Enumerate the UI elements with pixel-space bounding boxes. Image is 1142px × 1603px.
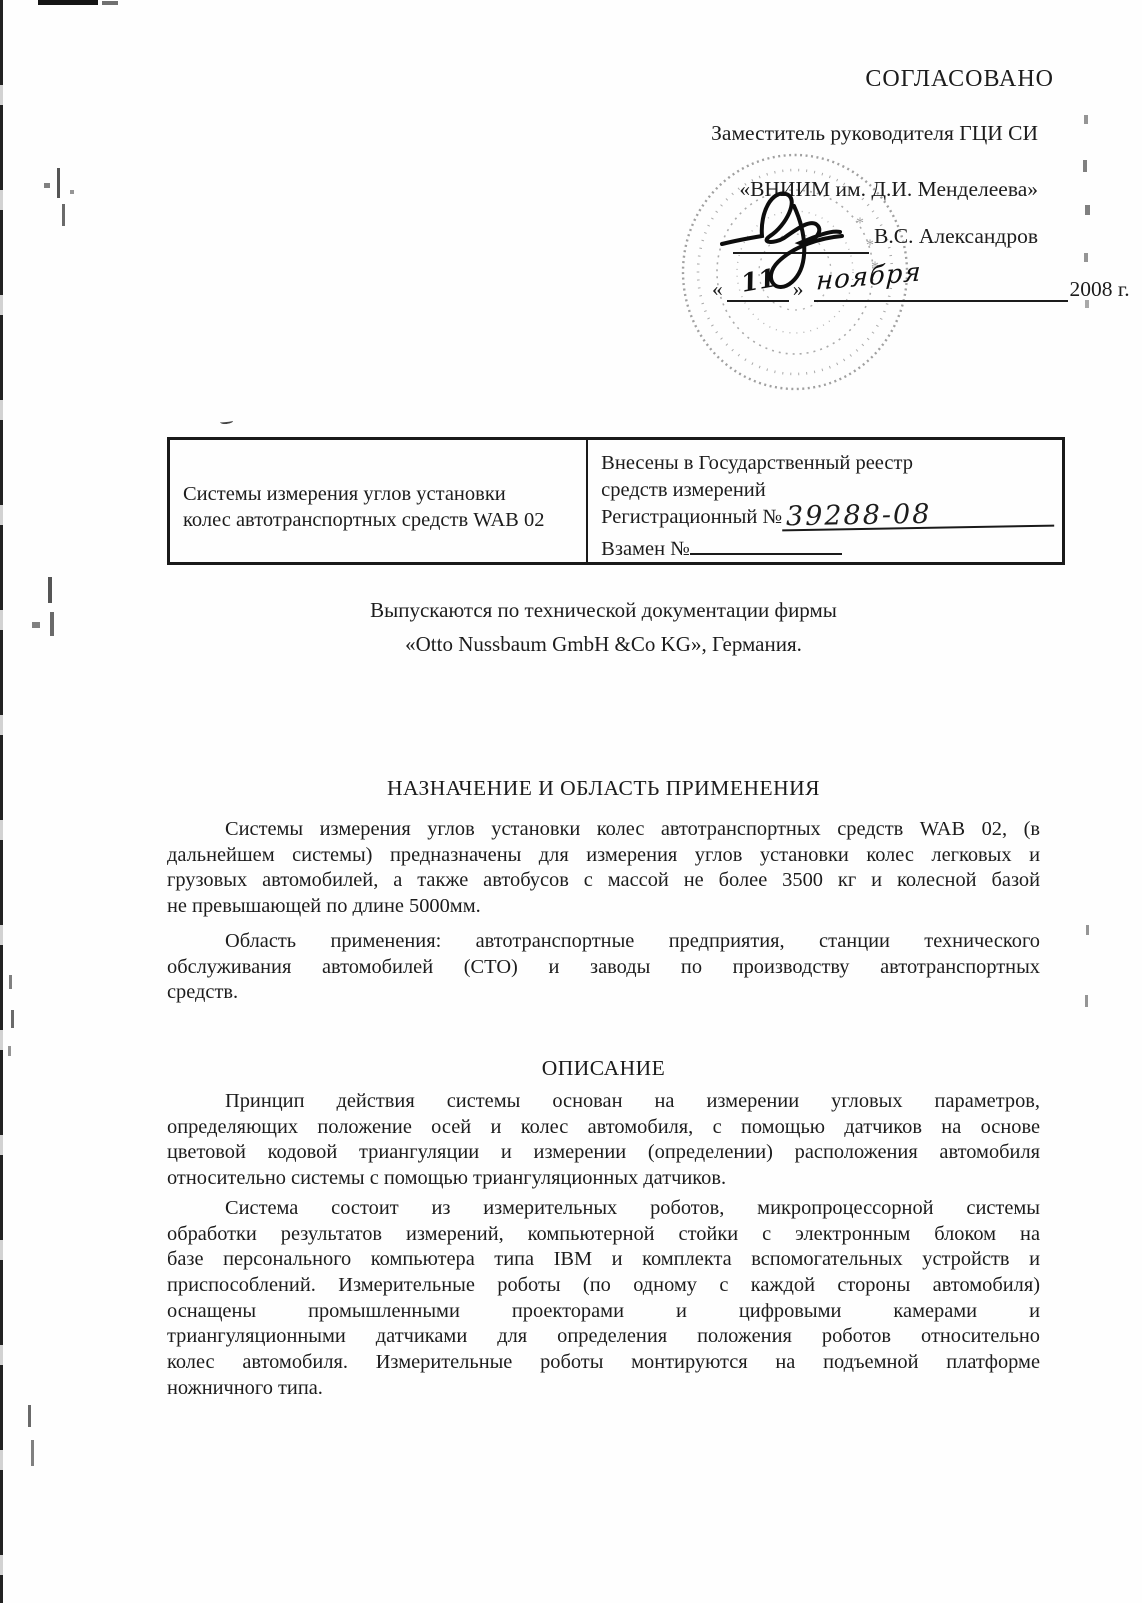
paragraph: Система состоит из измерительных роботов…: [167, 1196, 1040, 1402]
paragraph-line: средств.: [167, 980, 1040, 1006]
paragraph-line: обработки результатов измерений, компьют…: [167, 1222, 1040, 1248]
scan-speck: [1084, 115, 1088, 124]
device-name-cell: Системы измерения углов установки колес …: [170, 440, 588, 562]
scan-artifact-top-smudge: [102, 1, 118, 5]
scan-speck: [1085, 205, 1090, 215]
approval-status: СОГЛАСОВАНО: [865, 66, 1054, 93]
registry-info-cell: Внесены в Государственный реестр средств…: [588, 440, 1062, 562]
paragraph-line: ножничного типа.: [167, 1376, 1040, 1402]
scan-speck: [70, 190, 74, 194]
registration-number-handwritten: 39288-08: [782, 501, 1054, 532]
scan-artifact-top-smudge: [38, 0, 98, 5]
registry-entry-line: средств измерений: [601, 477, 1054, 504]
scan-speck: [1086, 925, 1089, 935]
scan-speck: [57, 168, 60, 198]
replaces-row: Взамен №: [601, 531, 1054, 563]
scan-artifact-left-edge: [0, 0, 3, 1603]
paragraph: Системы измерения углов установки колес …: [167, 817, 1040, 920]
manufacturer-note-line2: «Otto Nussbaum GmbH &Co KG», Германия.: [167, 632, 1040, 657]
registration-label: Регистрационный №: [601, 506, 782, 528]
signature-scribble: [716, 170, 886, 310]
paragraph-line: Принцип действия системы основан на изме…: [167, 1089, 1040, 1115]
registry-table: Системы измерения углов установки колес …: [167, 437, 1065, 565]
section-heading-purpose: НАЗНАЧЕНИЕ И ОБЛАСТЬ ПРИМЕНЕНИЯ: [167, 776, 1040, 801]
scan-artifact-mark: [220, 418, 233, 424]
date-year: 2008 г.: [1070, 277, 1130, 302]
date-blank-line: [982, 272, 1068, 302]
device-name-line: колес автотранспортных средств WAB 02: [183, 508, 576, 534]
scan-speck: [1084, 253, 1088, 262]
paragraph: Область применения: автотранспортные пре…: [167, 929, 1040, 1006]
paragraph-line: грузовых автомобилей, а также автобусов …: [167, 868, 1040, 894]
approver-title: Заместитель руководителя ГЦИ СИ: [711, 121, 1038, 146]
scan-speck: [11, 1010, 14, 1028]
paragraph-line: Система состоит из измерительных роботов…: [167, 1196, 1040, 1222]
paragraph-line: оснащены промышленными проекторами и циф…: [167, 1299, 1040, 1325]
paragraph-line: обслуживания автомобилей (СТО) и заводы …: [167, 955, 1040, 981]
replaces-blank-line: [690, 531, 842, 555]
scan-speck: [28, 1405, 31, 1427]
replaces-label: Взамен №: [601, 538, 690, 560]
manufacturer-note-line1: Выпускаются по технической документации …: [167, 598, 1040, 623]
paragraph-line: базе персонального компьютера типа IBM и…: [167, 1247, 1040, 1273]
paragraph-line: определяющих положение осей и колес авто…: [167, 1115, 1040, 1141]
approver-name: В.С. Александров: [874, 224, 1038, 249]
section-heading-description: ОПИСАНИЕ: [167, 1056, 1040, 1081]
scan-speck: [48, 577, 52, 603]
scan-speck: [1085, 995, 1088, 1007]
paragraph-line: Область применения: автотранспортные пре…: [167, 929, 1040, 955]
paragraph-line: не превышающей по длине 5000мм.: [167, 894, 1040, 920]
paragraph-line: Системы измерения углов установки колес …: [167, 817, 1040, 843]
document-page: * * * СОГЛАСОВАНО Заместитель руководите…: [0, 0, 1142, 1603]
paragraph-line: относительно системы с помощью триангуля…: [167, 1166, 1040, 1192]
scan-speck: [1083, 160, 1087, 172]
scan-speck: [50, 612, 54, 636]
paragraph-line: дальнейшем системы) предназначены для из…: [167, 843, 1040, 869]
paragraph-line: приспособлений. Измерительные роботы (по…: [167, 1273, 1040, 1299]
device-name-line: Системы измерения углов установки: [183, 482, 576, 508]
registry-entry-line: Внесены в Государственный реестр: [601, 450, 1054, 477]
paragraph: Принцип действия системы основан на изме…: [167, 1089, 1040, 1192]
scan-speck: [8, 1046, 11, 1056]
scan-speck: [44, 183, 50, 188]
scan-speck: [62, 204, 65, 226]
registration-number-row: Регистрационный №39288-08: [601, 503, 1054, 531]
scan-speck: [32, 622, 40, 628]
paragraph-line: триангуляционными датчиками для определе…: [167, 1324, 1040, 1350]
scan-speck: [31, 1440, 34, 1466]
paragraph-line: цветовой кодовой триангуляции и измерени…: [167, 1140, 1040, 1166]
paragraph-line: колес автомобиля. Измерительные роботы м…: [167, 1350, 1040, 1376]
scan-speck: [9, 975, 12, 989]
